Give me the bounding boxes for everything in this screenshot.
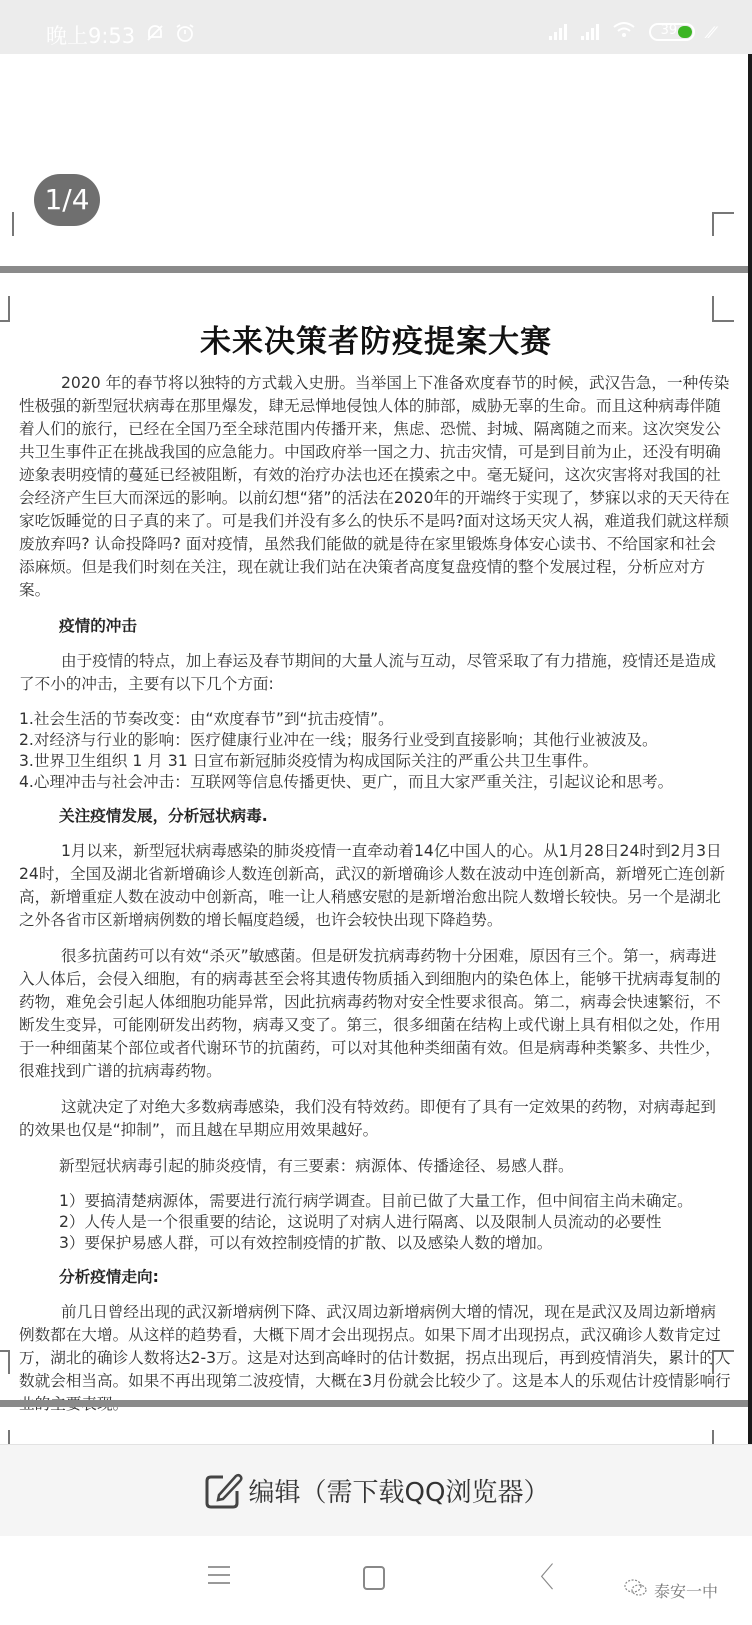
watermark: 泰安一中 (624, 1578, 718, 1602)
page-separator (0, 266, 748, 273)
status-left: 晚上9:53 (46, 20, 195, 50)
page-indicator: 1/4 (34, 174, 100, 226)
crop-mark (712, 1430, 734, 1444)
status-bar: 晚上9:53 39 ⁄⁄ (0, 0, 752, 54)
crop-mark (712, 212, 734, 236)
section-paragraph: 很多抗菌药可以有效“杀灭”敏感菌。但是研发抗病毒药物十分困难，原因有三个。第一，… (19, 945, 731, 1083)
crop-mark (0, 212, 14, 236)
signal-hd-icon (581, 24, 599, 40)
intro-paragraph: 2020 年的春节将以独特的方式载入史册。当举国上下准备欢度春节的时候，武汉告急… (19, 372, 731, 602)
home-icon[interactable] (363, 1566, 385, 1590)
section-paragraph: 由于疫情的特点，加上春运及春节期间的大量人流与互动，尽管采取了有力措施，疫情还是… (19, 650, 731, 696)
section-heading: 疫情的冲击 (19, 615, 731, 638)
battery-fill (678, 26, 692, 38)
list-item: 3.世界卫生组织 1 月 31 日宣布新冠肺炎疫情为构成国际关注的严重公共卫生事… (19, 751, 731, 772)
charging-icon: ⁄⁄ (709, 23, 714, 42)
status-right: 39 ⁄⁄ (549, 22, 714, 42)
menu-icon[interactable] (208, 1566, 230, 1590)
crop-mark (0, 1430, 10, 1444)
back-icon[interactable]: 〈 (526, 1556, 554, 1596)
impact-list: 1.社会生活的节奏改变：由“欢度春节”到“抗击疫情”。 2.对经济与行业的影响：… (19, 709, 731, 793)
crop-mark (712, 1350, 734, 1374)
status-time: 晚上9:53 (46, 20, 135, 50)
document-title: 未来决策者防疫提案大赛 (0, 316, 752, 361)
battery-level: 39 (661, 23, 678, 38)
list-item: 1.社会生活的节奏改变：由“欢度春节”到“抗击疫情”。 (19, 709, 731, 730)
crop-mark (0, 1350, 10, 1374)
signal-icon (549, 24, 567, 40)
list-item: 2.对经济与行业的影响：医疗健康行业冲在一线；服务行业受到直接影响；其他行业被波… (19, 730, 731, 751)
edit-icon (203, 1471, 243, 1511)
list-item: 3）要保护易感人群，可以有效控制疫情的扩散、以及感染人数的增加。 (59, 1233, 731, 1254)
wechat-icon (624, 1578, 648, 1602)
page-edge-shadow (748, 54, 752, 1444)
mute-icon (145, 23, 165, 48)
battery-icon: 39 (649, 23, 695, 41)
section-heading: 分析疫情走向: (19, 1266, 731, 1289)
list-item: 1）要搞清楚病源体，需要进行流行病学调查。目前已做了大量工作，但中间宿主尚未确定… (59, 1191, 731, 1212)
edit-bar: 编辑（需下载QQ浏览器） (0, 1444, 752, 1536)
document-body: 2020 年的春节将以独特的方式载入史册。当举国上下准备欢度春节的时候，武汉告急… (19, 372, 731, 1429)
page-separator (0, 1400, 748, 1407)
wifi-icon (613, 22, 635, 42)
factors-list: 1）要搞清楚病源体，需要进行流行病学调查。目前已做了大量工作，但中间宿主尚未确定… (19, 1191, 731, 1254)
watermark-text: 泰安一中 (654, 1579, 718, 1602)
list-item: 4.心理冲击与社会冲击：互联网等信息传播更快、更广，而且大家严重关注，引起议论和… (19, 772, 731, 793)
section-paragraph: 这就决定了对绝大多数病毒感染，我们没有特效药。即便有了具有一定效果的药物，对病毒… (19, 1096, 731, 1142)
section-paragraph: 1月以来，新型冠状病毒感染的肺炎疫情一直牵动着14亿中国人的心。从1月28日24… (19, 840, 731, 932)
section-heading: 关注疫情发展，分析冠状病毒. (19, 805, 731, 828)
list-item: 2）人传人是一个很重要的结论，这说明了对病人进行隔离、以及限制人员流动的必要性 (59, 1212, 731, 1233)
alarm-icon (175, 23, 195, 48)
system-nav-bar: 〈 泰安一中 (0, 1536, 752, 1625)
edit-button[interactable]: 编辑（需下载QQ浏览器） (203, 1471, 550, 1511)
section-paragraph: 新型冠状病毒引起的肺炎疫情，有三要素：病源体、传播途径、易感人群。 (19, 1155, 731, 1178)
edit-button-label: 编辑（需下载QQ浏览器） (249, 1472, 550, 1509)
section-paragraph: 前几日曾经出现的武汉新增病例下降、武汉周边新增病例大增的情况，现在是武汉及周边新… (19, 1301, 731, 1416)
